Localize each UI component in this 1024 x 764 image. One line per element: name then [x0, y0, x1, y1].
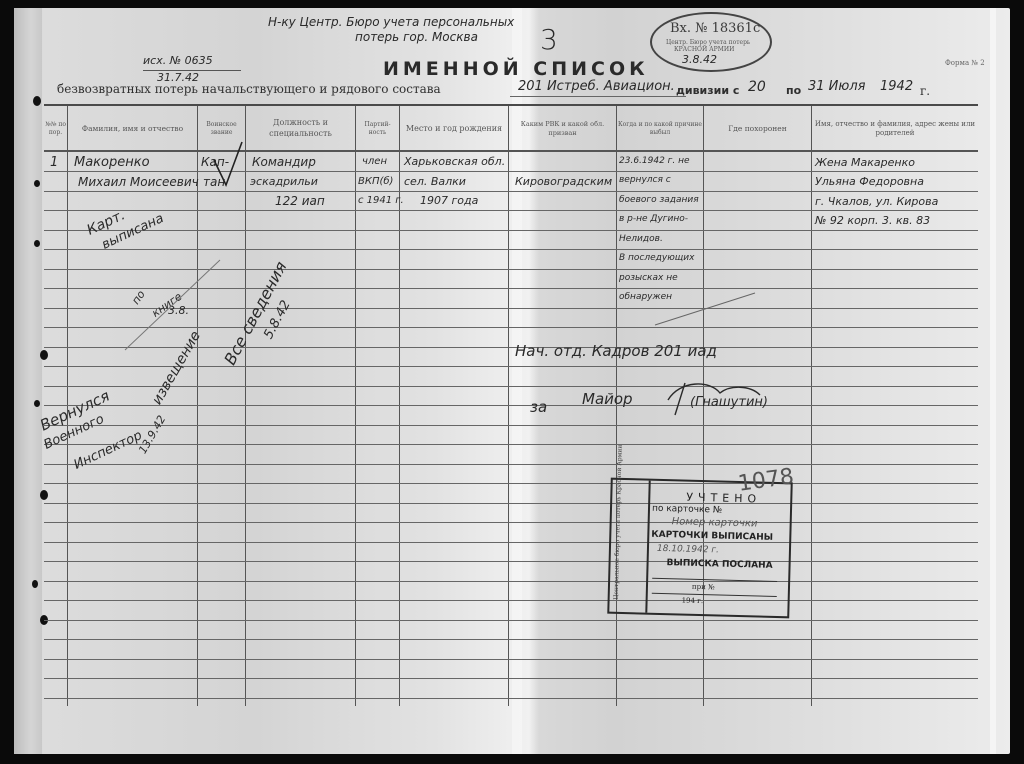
signature-name: (Гнашутин): [690, 396, 768, 409]
row-line: [44, 464, 978, 465]
stamp-card-value: Номер карточки: [672, 517, 758, 529]
row-line: [44, 678, 978, 679]
stamp-side-text: Центральное бюро учета потерь Красной Ар…: [614, 480, 623, 600]
cell-relatives-4: № 92 корп. 3. кв. 83: [815, 215, 930, 226]
header-position: Должность и специальность: [246, 108, 355, 150]
binding-margin: [14, 8, 42, 754]
stamp-line: [652, 578, 777, 582]
incoming-stamp: Вх. № 18361с Центр. Бюро учета потерь КР…: [650, 12, 772, 72]
col-divider: [245, 106, 246, 706]
cell-position-3: 122 иап: [275, 195, 325, 207]
unit-underline: [510, 96, 686, 97]
binding-hole: [33, 96, 41, 106]
page-title: ИМЕННОЙ СПИСОК: [383, 58, 649, 80]
incoming-number: Вх. № 18361с: [670, 22, 760, 35]
binding-hole: [34, 180, 40, 187]
header-reason: Когда и по какой причине выбыл: [617, 108, 703, 150]
table-top-rule: [44, 104, 978, 106]
binding-hole: [40, 350, 48, 360]
subtitle-division: дивизии с: [676, 84, 739, 97]
outgoing-ref: исх. № 0635: [143, 55, 213, 66]
stamp-line: [652, 593, 777, 597]
stamp-year: 194 г.: [682, 598, 704, 606]
col-divider: [811, 106, 812, 706]
page-number: 3: [540, 26, 558, 54]
accounting-stamp: Центральное бюро учета потерь Красной Ар…: [607, 478, 792, 619]
row-line: [44, 230, 978, 231]
header-number: №№ по пор.: [44, 108, 67, 150]
cell-party-2: ВКП(б): [358, 177, 393, 187]
col-divider: [508, 106, 509, 706]
stamp-issued-date: 18.10.1942 г.: [657, 545, 719, 556]
header-birth: Место и год рождения: [400, 108, 508, 150]
cell-party-1: член: [362, 157, 387, 167]
form-number: Форма № 2: [945, 60, 985, 67]
header-relatives: Имя, отчество и фамилия, адрес жены или …: [812, 108, 978, 150]
cell-relatives-1: Жена Макаренко: [815, 157, 915, 168]
cell-reason-7: розысках не: [619, 274, 678, 283]
subtitle-to: 31 Июля: [808, 80, 865, 93]
header-bottom-rule: [44, 150, 978, 152]
row-line: [44, 405, 978, 406]
cell-reason-4: в р-не Дугино-: [619, 215, 688, 224]
cell-relatives-3: г. Чкалов, ул. Кирова: [815, 196, 938, 207]
row-line: [44, 249, 978, 250]
row-line: [44, 542, 978, 543]
row-line: [44, 600, 978, 601]
row-line: [44, 698, 978, 699]
subtitle-year-suffix: г.: [920, 84, 930, 98]
header-draft: Каким РВК и какой обл. призван: [509, 108, 616, 150]
binding-hole: [34, 400, 40, 407]
cell-position-2: эскадрильи: [250, 176, 318, 187]
addressee-line-1: Н-ку Центр. Бюро учета персональных: [268, 16, 514, 28]
stamp-side-panel: Центральное бюро учета потерь Красной Ар…: [609, 480, 650, 613]
cell-reason-2: вернулся с: [619, 176, 671, 185]
binding-hole: [40, 490, 48, 500]
stamp-extract-sent: ВЫПИСКА ПОСЛАНА: [666, 559, 772, 571]
row-line: [44, 561, 978, 562]
stamp-at-number: при №: [692, 584, 715, 592]
cell-relatives-2: Ульяна Федоровна: [815, 176, 924, 187]
cell-given-name: Михаил Моисеевич: [78, 176, 199, 188]
subtitle-from: 20: [748, 80, 766, 94]
row-line: [44, 620, 978, 621]
row-line: [44, 659, 978, 660]
header-name: Фамилия, имя и отчество: [68, 108, 197, 150]
subtitle-prefix: безвозвратных потерь начальствующего и р…: [57, 82, 441, 96]
addressee-line-2: потерь гор. Москва: [355, 31, 478, 43]
row-line: [44, 191, 978, 192]
cell-reason-1: 23.6.1942 г. не: [619, 157, 690, 166]
row-line: [44, 171, 978, 172]
subtitle-year: 1942: [880, 80, 913, 93]
cell-birth-3: 1907 года: [420, 195, 478, 206]
cell-draft: Кировоградским: [515, 176, 612, 187]
strike-line: [120, 255, 230, 355]
incoming-date: 3.8.42: [682, 54, 717, 65]
row-line: [44, 639, 978, 640]
col-divider: [197, 106, 198, 706]
row-number: 1: [50, 156, 58, 169]
row-line: [44, 386, 978, 387]
row-line: [44, 444, 978, 445]
binding-hole: [34, 240, 40, 247]
col-divider: [355, 106, 356, 706]
stamp-cards-issued: КАРТОЧКИ ВЫПИСАНЫ: [651, 531, 773, 543]
subtitle-unit: 201 Истреб. Авиацион.: [518, 80, 675, 93]
header-buried: Где похоронен: [704, 108, 811, 150]
cell-reason-5: Нелидов.: [619, 235, 663, 244]
fold-line-right: [990, 8, 996, 754]
signature-line-1: Нач. отд. Кадров 201 иад: [515, 344, 717, 359]
subtitle-to-label: по: [786, 84, 801, 97]
cell-position-1: Командир: [252, 156, 316, 168]
row-line: [44, 581, 978, 582]
stamp-card-label: по карточке №: [652, 505, 722, 516]
cell-party-3: с 1941 г.: [358, 196, 404, 206]
binding-hole: [32, 580, 38, 588]
header-party: Партий-ность: [356, 108, 399, 150]
cell-surname: Макоренко: [74, 156, 150, 169]
cell-reason-3: боевого задания: [619, 196, 699, 205]
check-mark-icon: [210, 140, 250, 190]
cell-birth-2: сел. Валки: [404, 176, 466, 187]
cell-reason-6: В последующих: [619, 254, 694, 263]
row-line: [44, 425, 978, 426]
strike-line-reason: [650, 290, 760, 330]
row-line: [44, 503, 978, 504]
cell-birth-1: Харьковская обл.: [404, 156, 505, 167]
signature-rank: Майор: [582, 392, 633, 407]
row-line: [44, 483, 978, 484]
row-line: [44, 522, 978, 523]
signature-prefix: за: [530, 400, 547, 415]
row-line: [44, 210, 978, 211]
